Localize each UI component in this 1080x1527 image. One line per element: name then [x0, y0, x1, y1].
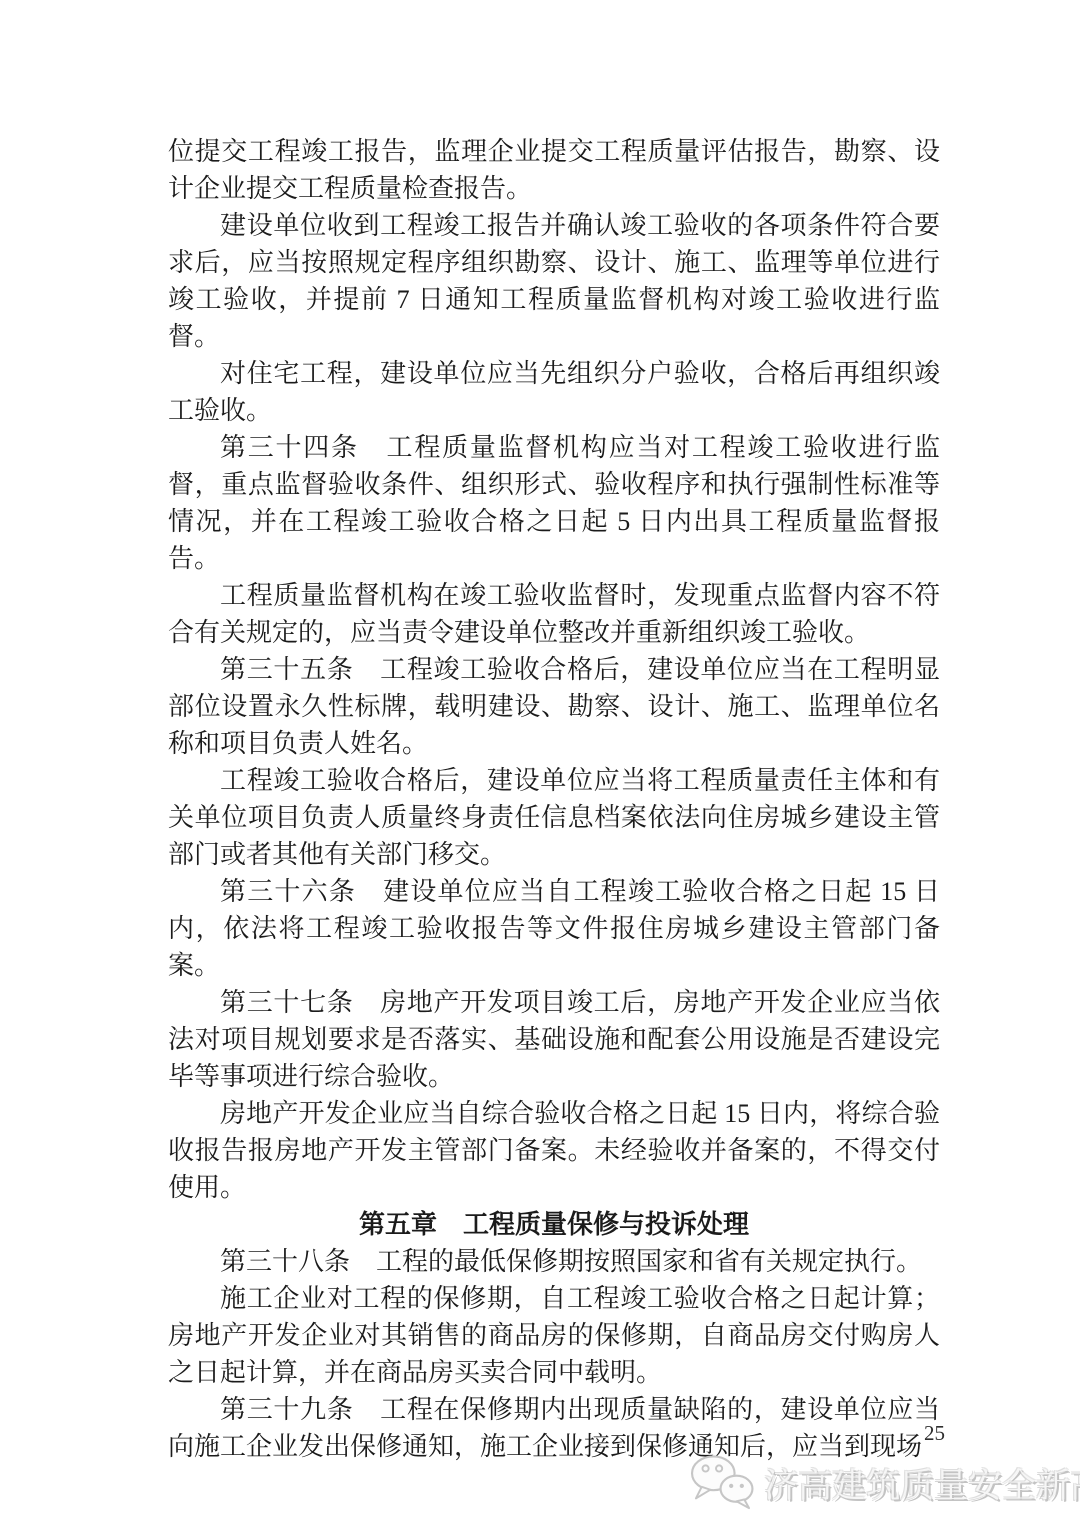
paragraph: 第三十七条 房地产开发项目竣工后，房地产开发企业应当依法对项目规划要求是否落实、…	[168, 984, 940, 1095]
paragraph: 对住宅工程，建设单位应当先组织分户验收，合格后再组织竣工验收。	[168, 355, 940, 429]
paragraph: 位提交工程竣工报告，监理企业提交工程质量评估报告，勘察、设计企业提交工程质量检查…	[168, 133, 940, 207]
paragraph: 第三十五条 工程竣工验收合格后，建设单位应当在工程明显部位设置永久性标牌，载明建…	[168, 651, 940, 762]
document-page: 位提交工程竣工报告，监理企业提交工程质量评估报告，勘察、设计企业提交工程质量检查…	[0, 0, 1080, 1527]
paragraph: 第三十六条 建设单位应当自工程竣工验收合格之日起 15 日内，依法将工程竣工验收…	[168, 873, 940, 984]
watermark-text: 济高建筑质量安全新高地	[764, 1458, 1080, 1507]
watermark: 济高建筑质量安全新高地	[688, 1448, 1080, 1516]
paragraph: 第三十八条 工程的最低保修期按照国家和省有关规定执行。	[168, 1243, 940, 1280]
paragraph: 工程质量监督机构在竣工验收监督时，发现重点监督内容不符合有关规定的，应当责令建设…	[168, 577, 940, 651]
paragraph: 房地产开发企业应当自综合验收合格之日起 15 日内，将综合验收报告报房地产开发主…	[168, 1095, 940, 1206]
paragraph: 工程竣工验收合格后，建设单位应当将工程质量责任主体和有关单位项目负责人质量终身责…	[168, 762, 940, 873]
paragraph: 建设单位收到工程竣工报告并确认竣工验收的各项条件符合要求后，应当按照规定程序组织…	[168, 207, 940, 355]
chapter-heading: 第五章 工程质量保修与投诉处理	[168, 1206, 940, 1243]
page-number: 25	[924, 1420, 945, 1446]
document-body: 位提交工程竣工报告，监理企业提交工程质量评估报告，勘察、设计企业提交工程质量检查…	[168, 133, 940, 1465]
paragraph: 施工企业对工程的保修期，自工程竣工验收合格之日起计算；房地产开发企业对其销售的商…	[168, 1280, 940, 1391]
paragraph: 第三十四条 工程质量监督机构应当对工程竣工验收进行监督，重点监督验收条件、组织形…	[168, 429, 940, 577]
wechat-icon	[688, 1453, 756, 1511]
